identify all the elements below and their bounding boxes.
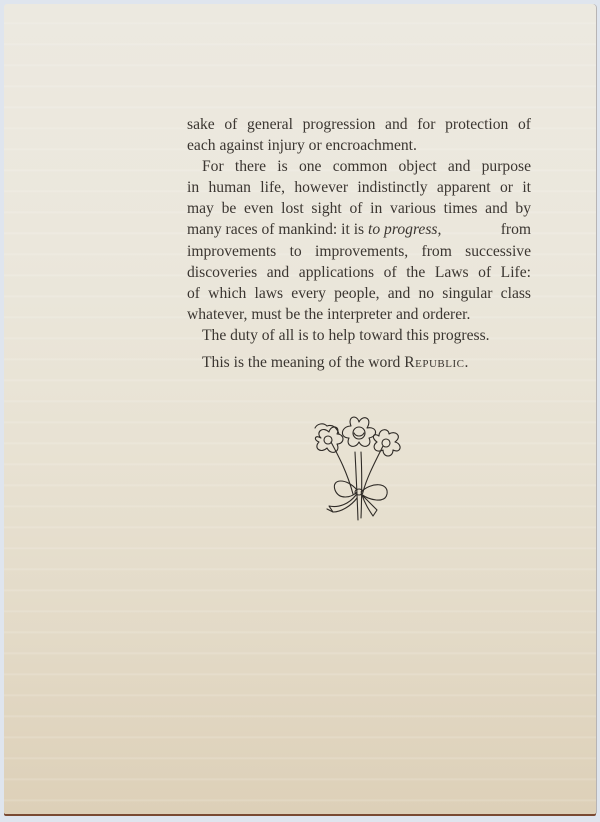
paragraph-4: This is the meaning of the word Republic…: [187, 352, 531, 373]
text-line: The duty of all is to help toward this p…: [187, 325, 531, 346]
paragraph-1: sake of general progression and for prot…: [187, 114, 531, 156]
body-text: sake of general progression and for prot…: [187, 114, 531, 373]
document-page: sake of general progression and for prot…: [4, 4, 596, 814]
text-fragment: many races of mankind: it is: [187, 221, 368, 238]
text-line: For there is one common object and purpo…: [187, 156, 531, 177]
text-line: of which laws every people, and no singu…: [187, 283, 531, 304]
paragraph-3: The duty of all is to help toward this p…: [187, 325, 531, 346]
text-fragment: .: [465, 354, 469, 371]
text-line: in human life, however indistinctly appa…: [187, 177, 531, 198]
smallcaps-word: Republic: [404, 354, 464, 371]
text-span: many races of mankind: it is to progress…: [187, 219, 441, 240]
daffodil-bouquet-icon: [307, 412, 407, 527]
emphasized-text: to progress,: [368, 221, 441, 238]
text-line: improvements to improvements, from succe…: [187, 241, 531, 262]
text-line: sake of general progression and for prot…: [187, 114, 531, 135]
paragraph-2: For there is one common object and purpo…: [187, 156, 531, 325]
text-line: may be even lost sight of in various tim…: [187, 198, 531, 219]
text-line: each against injury or encroachment.: [187, 135, 531, 156]
text-line: whatever, must be the interpreter and or…: [187, 304, 531, 325]
text-fragment: from: [501, 219, 531, 240]
text-line-with-emphasis: many races of mankind: it is to progress…: [187, 219, 531, 240]
text-fragment: This is the meaning of the word: [202, 354, 404, 371]
text-line: discoveries and applications of the Laws…: [187, 262, 531, 283]
